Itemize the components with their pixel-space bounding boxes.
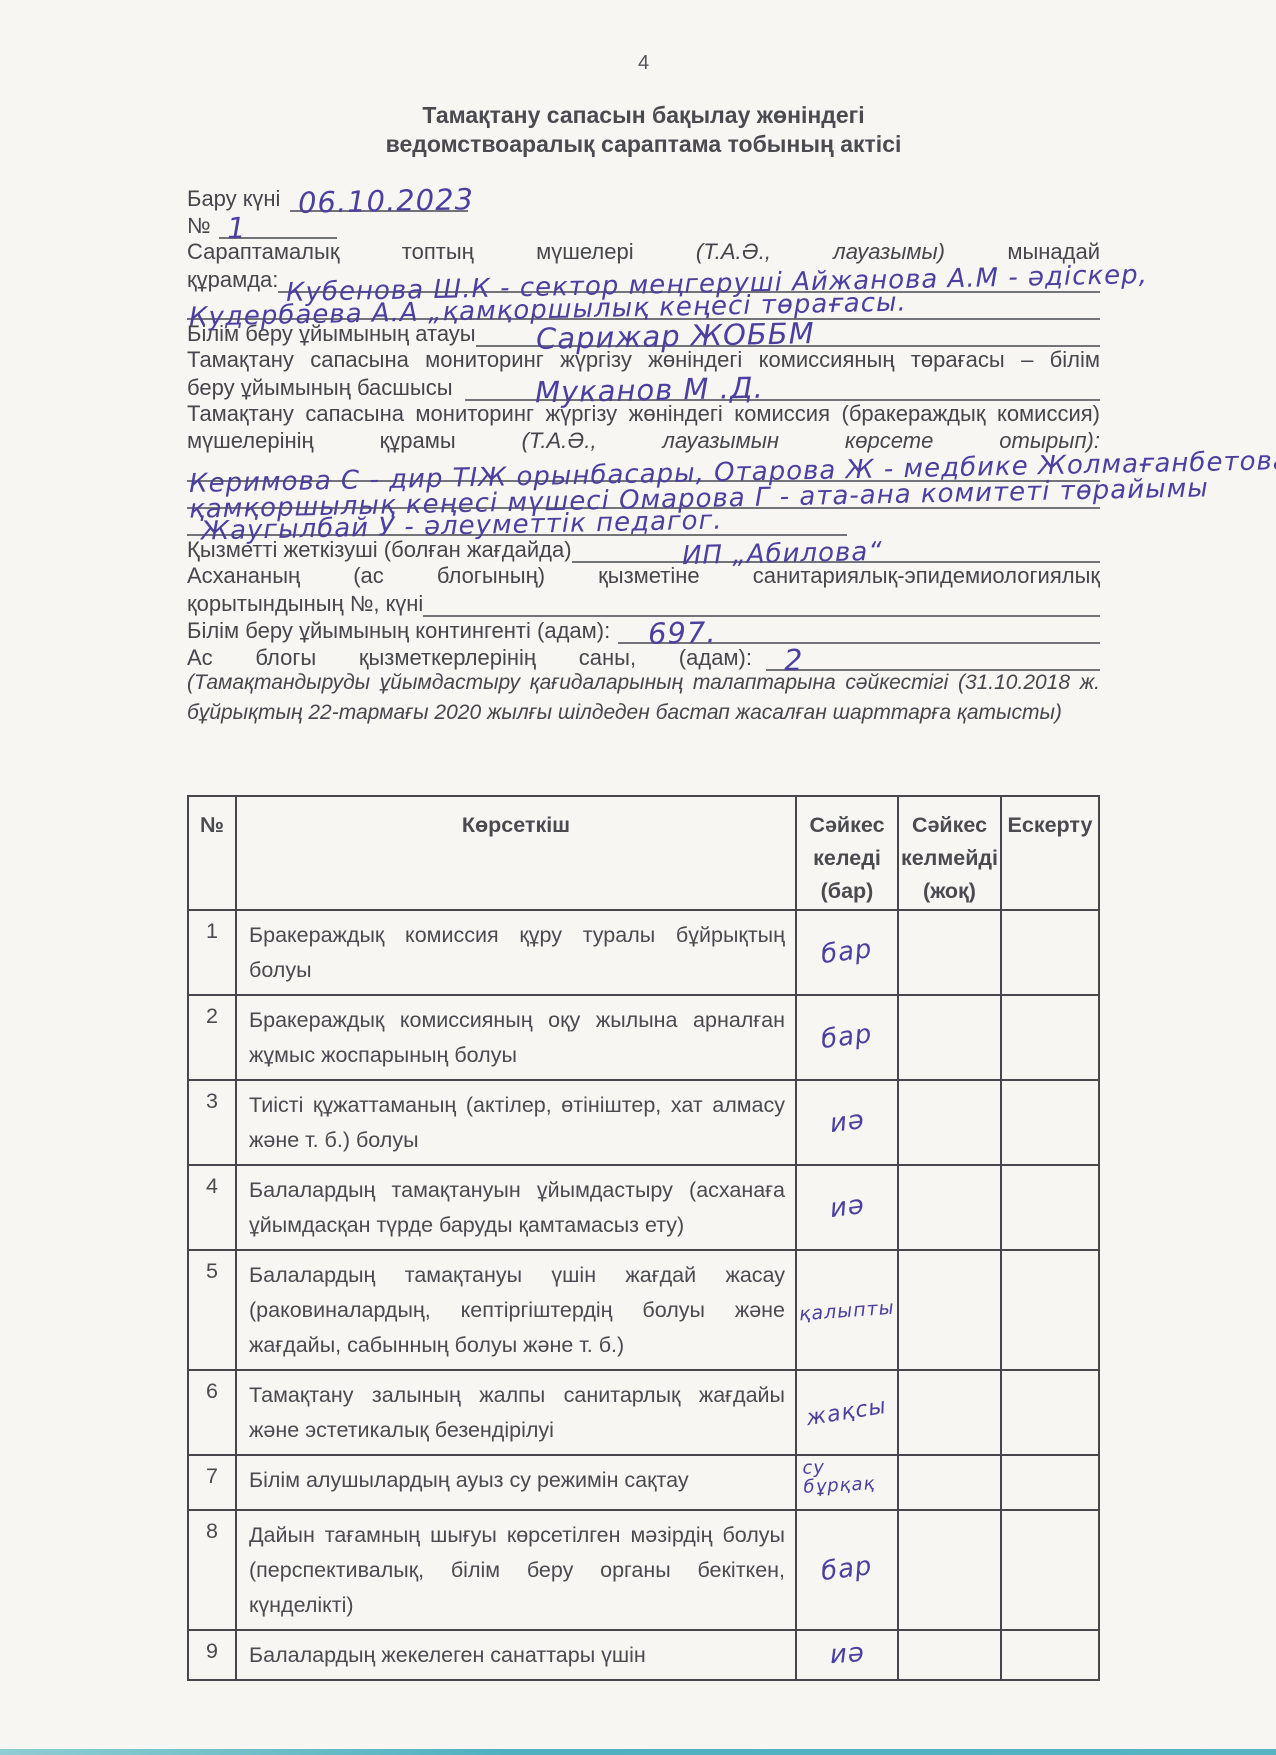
chairman-line2: беру ұйымының басшысы Муканов М .Д. — [187, 374, 1100, 401]
visit-date-line: Бару күні 06.10.2023 — [187, 185, 1100, 212]
row-num: 6 — [188, 1370, 236, 1455]
row-note-cell — [1001, 910, 1099, 995]
table-row: 2 Бракераждық комиссияның оқу жылына арн… — [188, 995, 1099, 1080]
sanitary-label2: қорытындының №, күні — [187, 591, 423, 617]
expert-group-label: құрамда: — [187, 267, 278, 293]
row-no-match-cell — [898, 910, 1001, 995]
handwritten-answer: жақсы — [805, 1395, 889, 1430]
provider-field: ИП „Абилова“ — [572, 534, 1100, 563]
handwritten-answer: су бұрқақ — [802, 1456, 876, 1497]
handwritten-answer: иә — [828, 1192, 866, 1223]
staff-count-value: 2 — [784, 646, 804, 675]
sanitary-line2: қорытындының №, күні — [187, 590, 1100, 617]
table-row: 5 Балалардың тамақтануы үшін жағдай жаса… — [188, 1250, 1099, 1370]
row-num: 5 — [188, 1250, 236, 1370]
row-answer-cell: қалыпты — [796, 1250, 898, 1370]
row-no-match-cell — [898, 1510, 1001, 1630]
expert-group-field2: Кудербаева А.А „қамқоршылық кеңесі төрағ… — [187, 291, 1100, 320]
act-number-field: 1 — [219, 210, 337, 239]
handwritten-answer: бар — [820, 936, 874, 969]
table-row: 9 Балалардың жекелеген санаттары үшін иә — [188, 1630, 1099, 1680]
row-indicator: Балалардың тамақтануын ұйымдастыру (асха… — [236, 1165, 796, 1250]
chairman-label2: беру ұйымының басшысы — [187, 375, 453, 401]
commission-l2-3: (Т.А.Ә., — [522, 428, 597, 453]
note-line1: (Тамақтандыруды ұйымдастыру қағидаларыны… — [187, 671, 1100, 698]
header-note: Ескерту — [1001, 796, 1099, 910]
commission-l2-1: мүшелерінің — [187, 428, 314, 453]
row-note-cell — [1001, 1510, 1099, 1630]
provider-value: ИП „Абилова“ — [681, 539, 882, 569]
row-answer-cell: бар — [796, 910, 898, 995]
row-no-match-cell — [898, 1080, 1001, 1165]
visit-date-field: 06.10.2023 — [290, 183, 468, 212]
commission-l2-5: көрсете — [845, 428, 933, 453]
row-num: 7 — [188, 1455, 236, 1510]
page-content: 4 Тамақтану сапасын бақылау жөніндегі ве… — [187, 0, 1100, 1681]
note-text2: бұйрықтың 22-тармағы 2020 жылғы шілдеден… — [187, 701, 1062, 725]
handwritten-answer: иә — [829, 1640, 866, 1670]
row-indicator: Дайын тағамның шығуы көрсетілген мәзірді… — [236, 1510, 796, 1630]
row-answer-cell: иә — [796, 1630, 898, 1680]
row-indicator: Тамақтану залының жалпы санитарлық жағда… — [236, 1370, 796, 1455]
row-no-match-cell — [898, 1630, 1001, 1680]
table-header-row: № Көрсеткіш Сәйкес келеді (бар) Сәйкес к… — [188, 796, 1099, 910]
row-note-cell — [1001, 1370, 1099, 1455]
org-name-field: Сарижар ЖОББМ — [476, 318, 1100, 347]
handwritten-answer: иә — [828, 1107, 866, 1138]
contingent-label: Білім беру ұйымының контингенті (адам): — [187, 618, 610, 644]
row-answer-cell: иә — [796, 1080, 898, 1165]
chairman-value: Муканов М .Д. — [534, 374, 763, 408]
handwritten-answer: бар — [820, 1021, 874, 1054]
scan-edge-artifact — [0, 1749, 1276, 1755]
commission-members-field3: Жаугылбай У - әлеуметтік педагог. — [187, 505, 847, 536]
document-title-line2: ведомствоаралық сараптама тобының актісі — [187, 130, 1100, 159]
row-indicator: Балалардың жекелеген санаттары үшін — [236, 1630, 796, 1680]
row-indicator: Бракераждық комиссияның оқу жылына арнал… — [236, 995, 796, 1080]
expert-group-intro-2: (Т.А.Ә., — [696, 239, 771, 264]
document-title-line1: Тамақтану сапасын бақылау жөніндегі — [187, 101, 1100, 130]
row-no-match-cell — [898, 1165, 1001, 1250]
act-number-label: № — [187, 213, 211, 239]
contingent-value: 697. — [648, 618, 717, 648]
act-number-value: 1 — [226, 214, 246, 243]
handwritten-answer: қалыпты — [799, 1298, 896, 1325]
expert-group-intro-line: Сараптамалық топтың мүшелері (Т.А.Ә., ла… — [187, 239, 1100, 266]
header-indicator: Көрсеткіш — [236, 796, 796, 910]
visit-date-label: Бару күні — [187, 186, 280, 212]
row-num: 2 — [188, 995, 236, 1080]
row-note-cell — [1001, 1165, 1099, 1250]
table-row: 6 Тамақтану залының жалпы санитарлық жағ… — [188, 1370, 1099, 1455]
note-text1: (Тамақтандыруды ұйымдастыру қағидаларыны… — [187, 671, 1100, 698]
sanitary-text1: Асхананың (ас блогының) қызметіне санита… — [187, 563, 1100, 588]
row-num: 9 — [188, 1630, 236, 1680]
staff-count-line: Ас блогы қызметкерлерінің саны, (адам): … — [187, 644, 1100, 671]
contingent-field: 697. — [618, 615, 1100, 644]
table-row: 7 Білім алушылардың ауыз су режимін сақт… — [188, 1455, 1099, 1510]
expert-group-line1: құрамда: Кубенова Ш.К - сектор меңгеруші… — [187, 266, 1100, 293]
row-num: 4 — [188, 1165, 236, 1250]
table-row: 4 Балалардың тамақтануын ұйымдастыру (ас… — [188, 1165, 1099, 1250]
row-note-cell — [1001, 1250, 1099, 1370]
sanitary-line1: Асхананың (ас блогының) қызметіне санита… — [187, 563, 1100, 590]
act-number-line: № 1 — [187, 212, 1100, 239]
row-no-match-cell — [898, 1455, 1001, 1510]
form-fields: Бару күні 06.10.2023 № 1 Сараптамалық то… — [187, 185, 1100, 725]
row-answer-cell: жақсы — [796, 1370, 898, 1455]
row-note-cell — [1001, 1630, 1099, 1680]
row-no-match-cell — [898, 995, 1001, 1080]
expert-group-intro-1: Сараптамалық топтың мүшелері — [187, 239, 634, 264]
expert-group-intro-3: лауазымы) — [833, 239, 945, 264]
note-line2: бұйрықтың 22-тармағы 2020 жылғы шілдеден… — [187, 698, 1100, 725]
row-no-match-cell — [898, 1250, 1001, 1370]
chairman-field: Муканов М .Д. — [465, 372, 1100, 401]
row-indicator: Бракераждық комиссия құру туралы бұйрықт… — [236, 910, 796, 995]
commission-l2-2: құрамы — [380, 428, 456, 453]
row-answer-cell: бар — [796, 995, 898, 1080]
table-row: 1 Бракераждық комиссия құру туралы бұйры… — [188, 910, 1099, 995]
handwritten-answer: бар — [820, 1553, 874, 1586]
inspection-table: № Көрсеткіш Сәйкес келеді (бар) Сәйкес к… — [187, 795, 1100, 1681]
table-row: 3 Тиісті құжаттаманың (актілер, өтініште… — [188, 1080, 1099, 1165]
commission-l2-4: лауазымын — [663, 428, 779, 453]
expert-group-field1: Кубенова Ш.К - сектор меңгеруші Айжанова… — [278, 264, 1100, 293]
org-name-value: Сарижар ЖОББМ — [535, 319, 814, 354]
row-num: 8 — [188, 1510, 236, 1630]
row-answer-cell: иә — [796, 1165, 898, 1250]
document-title: Тамақтану сапасын бақылау жөніндегі ведо… — [187, 101, 1100, 159]
scanned-act-page: 4 Тамақтану сапасын бақылау жөніндегі ве… — [0, 0, 1276, 1755]
row-note-cell — [1001, 1455, 1099, 1510]
header-num: № — [188, 796, 236, 910]
staff-count-field: 2 — [766, 642, 1100, 671]
header-no-match: Сәйкес келмейді (жоқ) — [898, 796, 1001, 910]
contingent-line: Білім беру ұйымының контингенті (адам): … — [187, 617, 1100, 644]
row-answer-cell: су бұрқақ — [796, 1455, 898, 1510]
row-indicator: Білім алушылардың ауыз су режимін сақтау — [236, 1455, 796, 1510]
row-answer-cell: бар — [796, 1510, 898, 1630]
expert-group-line2: Кудербаева А.А „қамқоршылық кеңесі төрағ… — [187, 293, 1100, 320]
sanitary-field — [423, 588, 1100, 617]
page-number: 4 — [187, 52, 1100, 75]
row-note-cell — [1001, 995, 1099, 1080]
row-num: 3 — [188, 1080, 236, 1165]
header-match: Сәйкес келеді (бар) — [796, 796, 898, 910]
row-num: 1 — [188, 910, 236, 995]
row-note-cell — [1001, 1080, 1099, 1165]
table-row: 8 Дайын тағамның шығуы көрсетілген мәзір… — [188, 1510, 1099, 1630]
row-no-match-cell — [898, 1370, 1001, 1455]
row-indicator: Балалардың тамақтануы үшін жағдай жасау … — [236, 1250, 796, 1370]
commission-members-line3: Жаугылбай У - әлеуметтік педагог. — [187, 509, 1100, 536]
row-indicator: Тиісті құжаттаманың (актілер, өтініштер,… — [236, 1080, 796, 1165]
